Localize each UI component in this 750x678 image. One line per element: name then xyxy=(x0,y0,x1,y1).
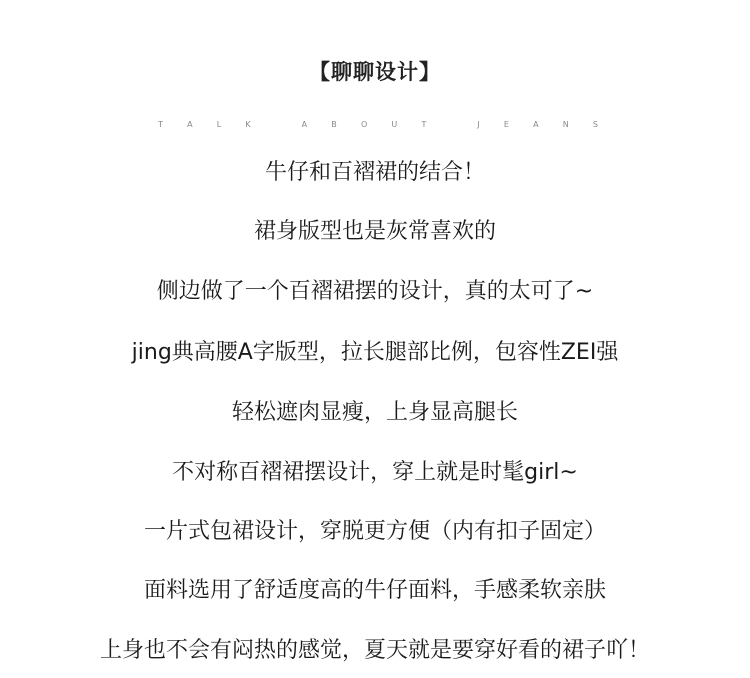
subtitle-letter: J xyxy=(477,120,479,129)
subtitle-letter: T xyxy=(158,120,163,129)
subtitle-letter: A xyxy=(302,120,307,129)
description-line: 一片式包裙设计，穿脱更方便（内有扣子固定） xyxy=(0,514,750,545)
description-line: 牛仔和百褶裙的结合！ xyxy=(0,155,750,186)
description-line: 裙身版型也是灰常喜欢的 xyxy=(0,214,750,245)
subtitle-letter: O xyxy=(361,120,367,129)
subtitle-letter: U xyxy=(391,120,397,129)
description-line: 上身也不会有闷热的感觉，夏天就是要穿好看的裙子吖！ xyxy=(0,633,750,664)
description-line: 面料选用了舒适度高的牛仔面料，手感柔软亲肤 xyxy=(0,573,750,604)
description-line: 不对称百褶裙摆设计，穿上就是时髦girl~ xyxy=(0,455,750,486)
description-line: 侧边做了一个百褶裙摆的设计，真的太可了~ xyxy=(0,274,750,305)
subtitle-talk-about-jeans: T A L K A B O U T J E A N S xyxy=(158,120,598,129)
subtitle-gap xyxy=(451,120,454,129)
subtitle-letter: T xyxy=(421,120,426,129)
subtitle-letter: N xyxy=(563,120,569,129)
subtitle-letter: S xyxy=(593,120,598,129)
subtitle-letter: B xyxy=(331,120,337,129)
description-line: jing典高腰A字版型，拉长腿部比例，包容性ZEI强 xyxy=(0,335,750,366)
section-title: 【聊聊设计】 xyxy=(0,56,750,86)
subtitle-letter: A xyxy=(187,120,192,129)
subtitle-gap xyxy=(275,120,278,129)
subtitle-letter: E xyxy=(504,120,509,129)
description-line: 轻松遮肉显瘦，上身显高腿长 xyxy=(0,395,750,426)
subtitle-letter: A xyxy=(533,120,538,129)
subtitle-letter: L xyxy=(217,120,221,129)
subtitle-letter: K xyxy=(245,120,250,129)
